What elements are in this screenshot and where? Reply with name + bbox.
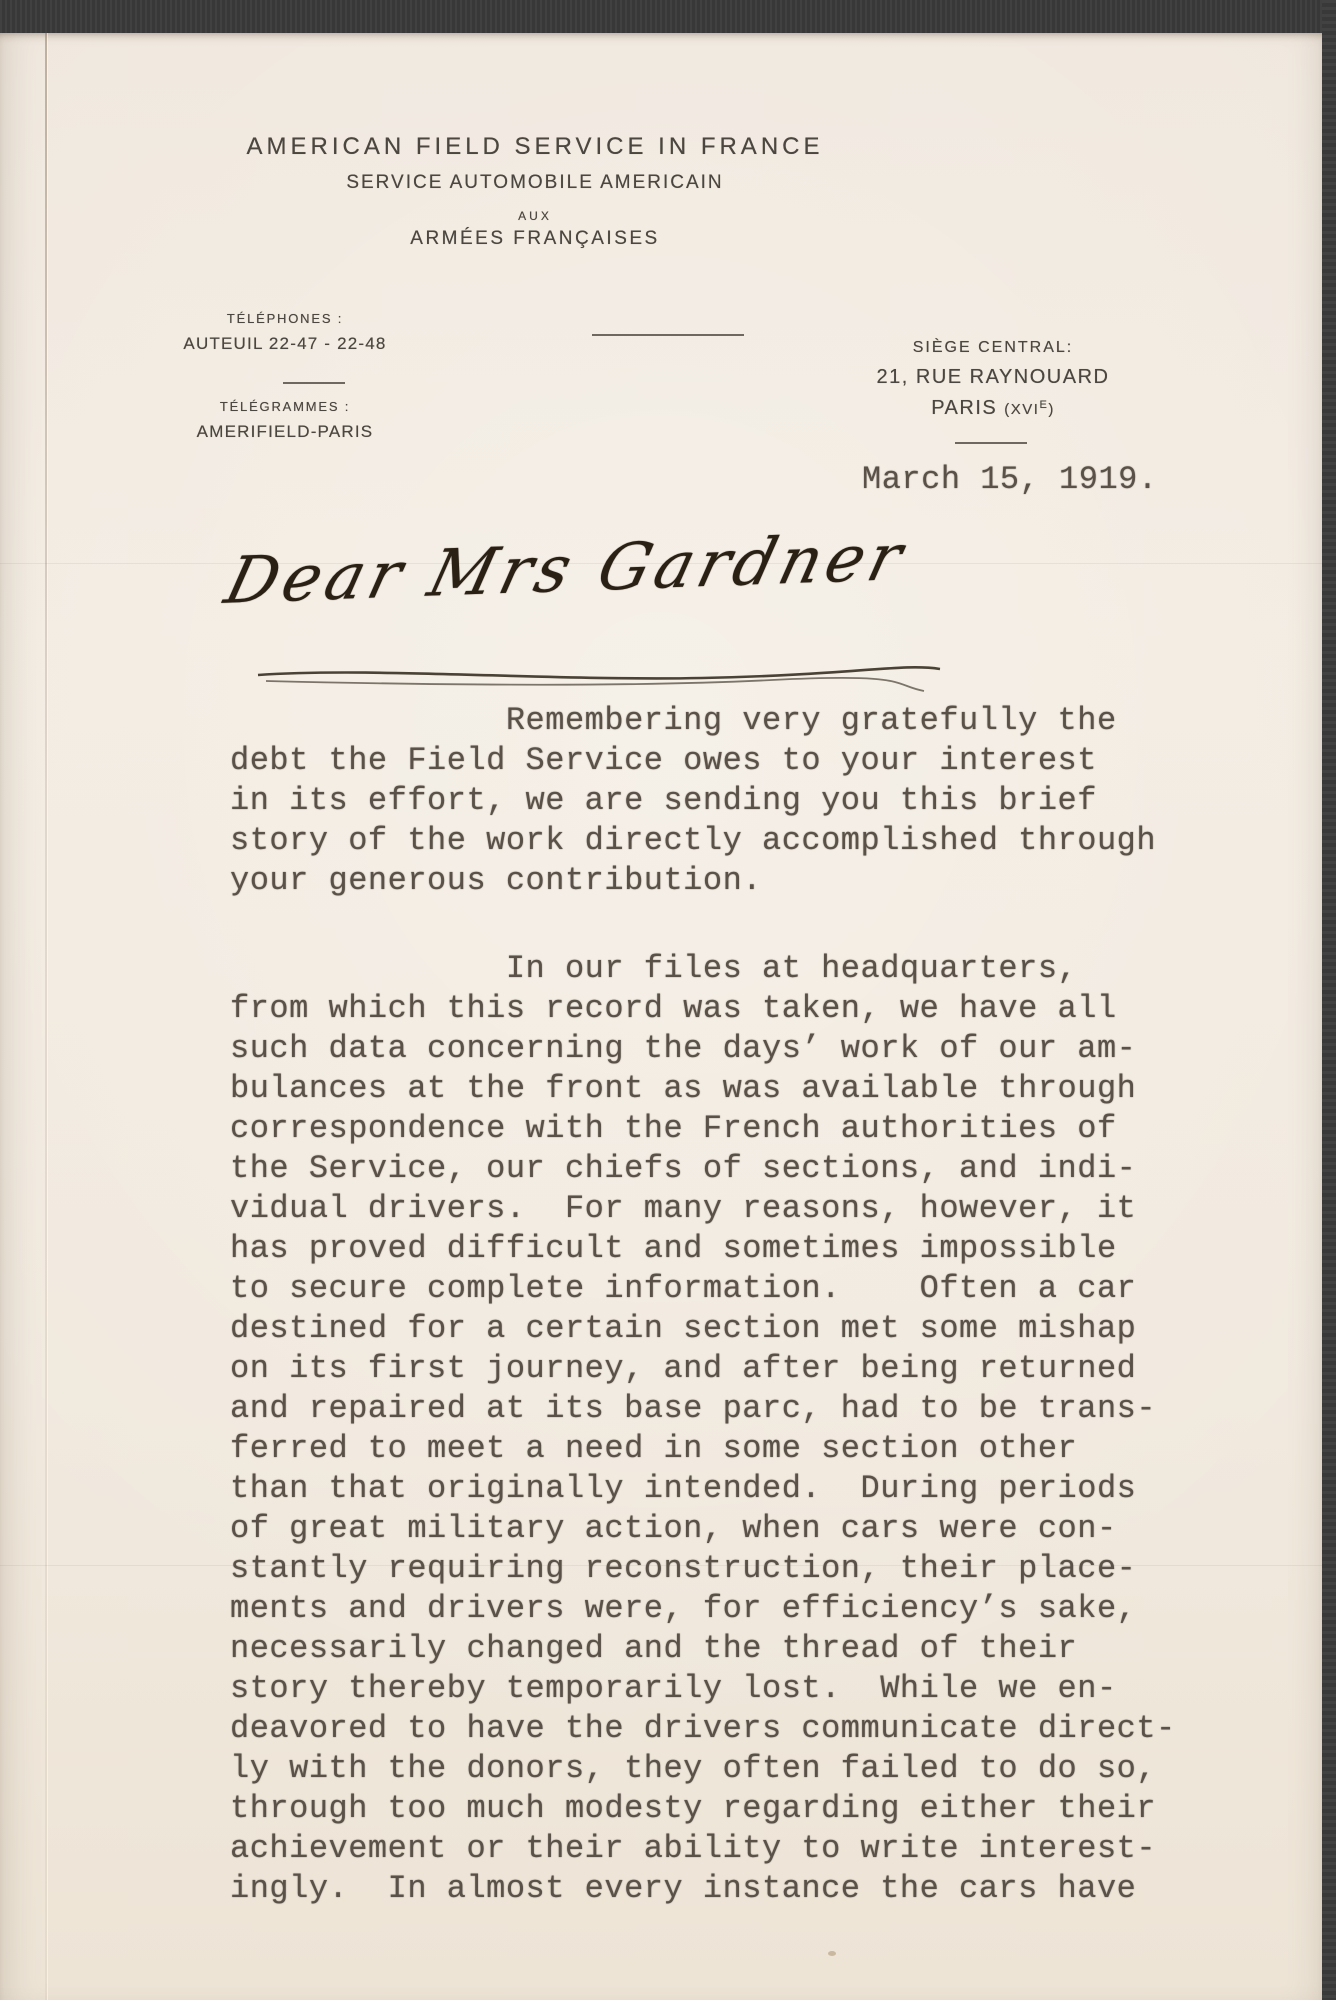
- letter-paragraph-1: Remembering very gratefully thedebt the …: [230, 701, 1230, 901]
- typed-line: bulances at the front as was available t…: [230, 1069, 1230, 1109]
- siege-central-divider-rule: [955, 442, 1027, 444]
- siege-city-arrondissement: (XVI: [1004, 401, 1039, 418]
- typed-line: to secure complete information. Often a …: [230, 1269, 1230, 1309]
- siege-central-label: SIÈGE CENTRAL:: [838, 339, 1148, 357]
- typed-line: Remembering very gratefully the: [230, 701, 1230, 741]
- paper-fold-crease: [45, 33, 47, 2000]
- siege-central-street: 21, RUE RAYNOUARD: [838, 366, 1148, 389]
- letterhead-armees: ARMÉES FRANÇAISES: [0, 228, 1070, 250]
- letterhead-aux: AUX: [0, 209, 1070, 223]
- letterhead-telephones-block: TÉLÉPHONES : AUTEUIL 22-47 - 22-48: [120, 311, 450, 354]
- letter-paper: AMERICAN FIELD SERVICE IN FRANCE SERVICE…: [0, 33, 1322, 2000]
- scanned-letter-page: AMERICAN FIELD SERVICE IN FRANCE SERVICE…: [0, 0, 1336, 2000]
- telephones-label: TÉLÉPHONES :: [120, 311, 450, 326]
- typed-line: deavored to have the drivers communicate…: [230, 1709, 1230, 1749]
- typed-line: correspondence with the French authoriti…: [230, 1109, 1230, 1149]
- typed-line: such data concerning the days’ work of o…: [230, 1029, 1230, 1069]
- siege-city-arrondissement-sup: E: [1039, 399, 1048, 411]
- letterhead-org-subtitle: SERVICE AUTOMOBILE AMERICAIN: [0, 172, 1070, 194]
- typed-line: debt the Field Service owes to your inte…: [230, 741, 1230, 781]
- typed-line: through too much modesty regarding eithe…: [230, 1789, 1230, 1829]
- typed-line: has proved difficult and sometimes impos…: [230, 1229, 1230, 1269]
- telephones-divider-rule: [283, 382, 345, 384]
- letter-paragraph-2: In our files at headquarters,from which …: [230, 949, 1230, 1909]
- letterhead-telegrammes-block: TÉLÉGRAMMES : AMERIFIELD-PARIS: [120, 399, 450, 442]
- typed-line: the Service, our chiefs of sections, and…: [230, 1149, 1230, 1189]
- typed-line: on its first journey, and after being re…: [230, 1349, 1230, 1389]
- scan-background-top: [0, 0, 1336, 33]
- letter-body: Remembering very gratefully thedebt the …: [230, 701, 1230, 1909]
- typed-line: your generous contribution.: [230, 861, 1230, 901]
- typed-line: in its effort, we are sending you this b…: [230, 781, 1230, 821]
- salutation-underline-flourish: [252, 651, 952, 697]
- siege-city-name: PARIS: [931, 397, 1004, 419]
- typed-line: destined for a certain section met some …: [230, 1309, 1230, 1349]
- scan-background-right: [1322, 0, 1336, 2000]
- typed-line: of great military action, when cars were…: [230, 1509, 1230, 1549]
- letterhead-siege-central-block: SIÈGE CENTRAL: 21, RUE RAYNOUARD PARIS (…: [838, 339, 1148, 420]
- typed-line: vidual drivers. For many reasons, howeve…: [230, 1189, 1230, 1229]
- typed-line: and repaired at its base parc, had to be…: [230, 1389, 1230, 1429]
- telegrammes-value: AMERIFIELD-PARIS: [120, 422, 450, 442]
- typed-line: achievement or their ability to write in…: [230, 1829, 1230, 1869]
- typed-line: stantly requiring reconstruction, their …: [230, 1549, 1230, 1589]
- telephones-value: AUTEUIL 22-47 - 22-48: [120, 334, 450, 354]
- letter-date: March 15, 1919.: [862, 461, 1158, 498]
- typed-line: from which this record was taken, we hav…: [230, 989, 1230, 1029]
- typed-line: ingly. In almost every instance the cars…: [230, 1869, 1230, 1909]
- typed-line: story of the work directly accomplished …: [230, 821, 1230, 861]
- siege-central-city: PARIS (XVIE): [838, 397, 1148, 420]
- paper-speck: [828, 1951, 836, 1956]
- typed-line: than that originally intended. During pe…: [230, 1469, 1230, 1509]
- typed-line: story thereby temporarily lost. While we…: [230, 1669, 1230, 1709]
- letterhead-org-name: AMERICAN FIELD SERVICE IN FRANCE: [0, 133, 1070, 161]
- typed-line: ly with the donors, they often failed to…: [230, 1749, 1230, 1789]
- siege-city-close: ): [1048, 401, 1055, 418]
- typed-line: ments and drivers were, for efficiency’s…: [230, 1589, 1230, 1629]
- typed-line: In our files at headquarters,: [230, 949, 1230, 989]
- telegrammes-label: TÉLÉGRAMMES :: [120, 399, 450, 414]
- typed-line: necessarily changed and the thread of th…: [230, 1629, 1230, 1669]
- letterhead-divider-rule: [592, 334, 744, 336]
- typed-line: ferred to meet a need in some section ot…: [230, 1429, 1230, 1469]
- handwritten-salutation: Dear Mrs Gardner: [218, 518, 996, 619]
